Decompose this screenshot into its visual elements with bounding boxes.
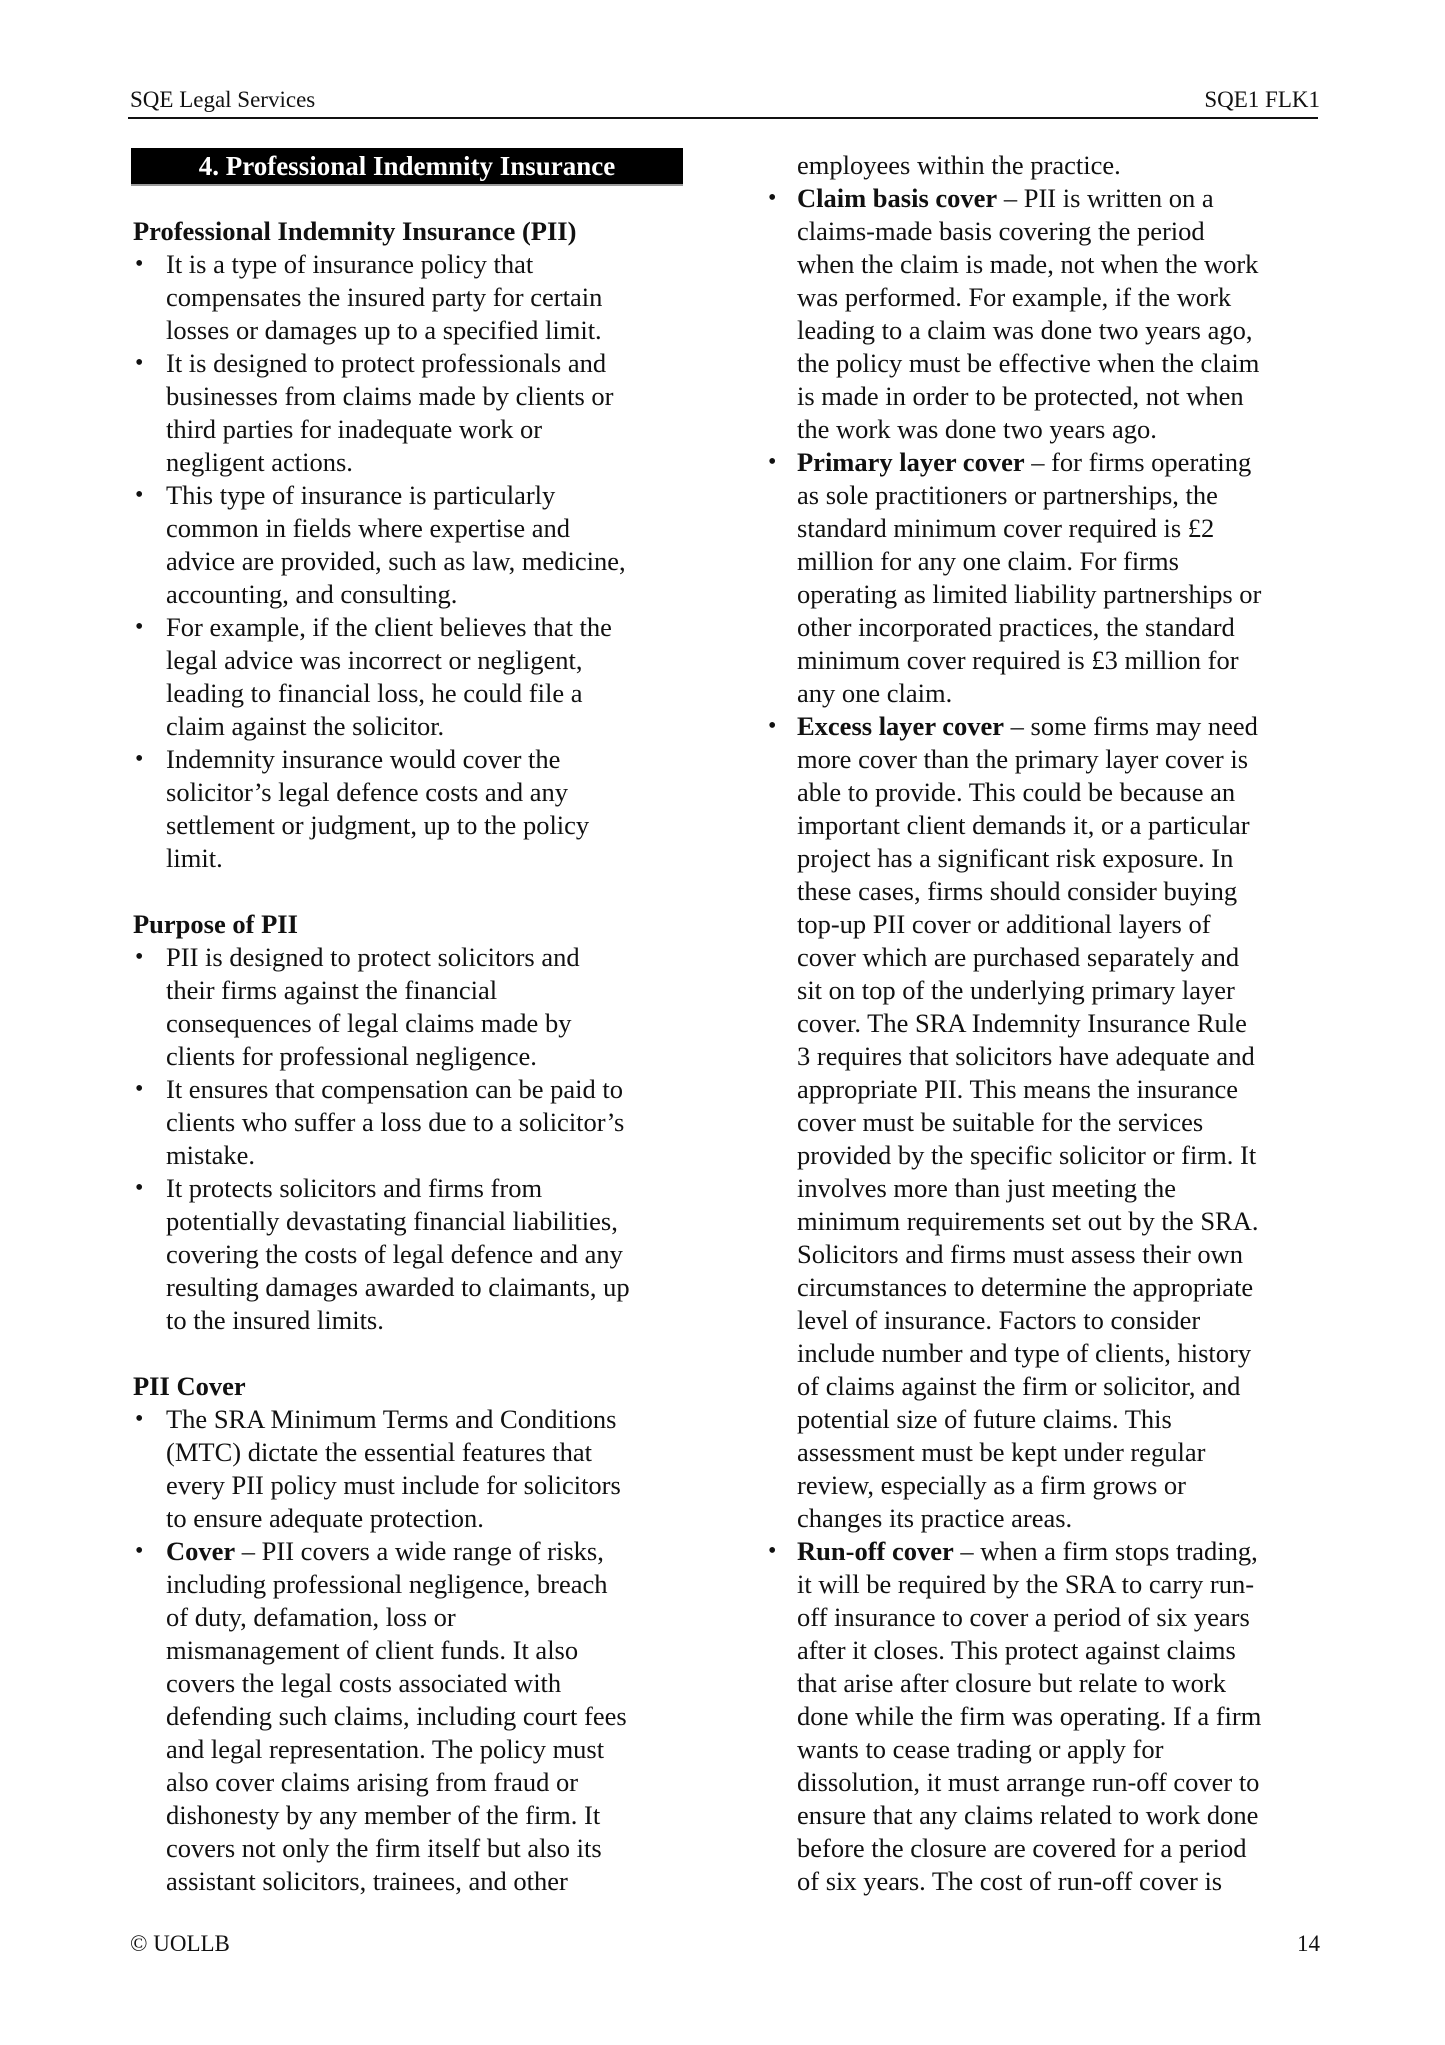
bullet-line: more cover than the primary layer cover …	[797, 743, 1328, 776]
bullet-line: claims-made basis covering the period	[797, 215, 1328, 248]
bullet-item: •Cover – PII covers a wide range of risk…	[133, 1535, 693, 1898]
bullet-line: these cases, firms should consider buyin…	[797, 875, 1328, 908]
bullet-line: This type of insurance is particularly	[166, 479, 693, 512]
bullet-icon: •	[135, 1172, 155, 1205]
bullet-line: minimum requirements set out by the SRA.	[797, 1205, 1328, 1238]
bullet-term: Run-off cover	[797, 1536, 954, 1566]
bullet-line: cover. The SRA Indemnity Insurance Rule	[797, 1007, 1328, 1040]
bullet-line: provided by the specific solicitor or fi…	[797, 1139, 1328, 1172]
section-purpose-bullets: •PII is designed to protect solicitors a…	[133, 941, 693, 1337]
bullet-icon: •	[135, 347, 155, 380]
bullet-line: done while the firm was operating. If a …	[797, 1700, 1328, 1733]
bullet-line: advice are provided, such as law, medici…	[166, 545, 693, 578]
bullet-line: mistake.	[166, 1139, 693, 1172]
bullet-text: – PII covers a wide range of risks,	[235, 1536, 604, 1566]
bullet-icon: •	[135, 743, 155, 776]
bullet-line: Excess layer cover – some firms may need	[797, 710, 1328, 743]
bullet-icon: •	[135, 1073, 155, 1106]
bullet-term: Cover	[166, 1536, 235, 1566]
bullet-icon: •	[135, 941, 155, 974]
bullet-line: the policy must be effective when the cl…	[797, 347, 1328, 380]
bullet-icon: •	[135, 479, 155, 512]
bullet-line: assistant solicitors, trainees, and othe…	[166, 1865, 693, 1898]
bullet-line: defending such claims, including court f…	[166, 1700, 693, 1733]
bullet-line: project has a significant risk exposure.…	[797, 842, 1328, 875]
bullet-term: Claim basis cover	[797, 183, 997, 213]
bullet-icon: •	[135, 1403, 155, 1436]
bullet-line: It ensures that compensation can be paid…	[166, 1073, 693, 1106]
bullet-icon: •	[768, 710, 788, 743]
bullet-line: (MTC) dictate the essential features tha…	[166, 1436, 693, 1469]
bullet-line: of six years. The cost of run-off cover …	[797, 1865, 1328, 1898]
bullet-line: important client demands it, or a partic…	[797, 809, 1328, 842]
bullet-line: able to provide. This could be because a…	[797, 776, 1328, 809]
bullet-line: common in fields where expertise and	[166, 512, 693, 545]
bullet-icon: •	[135, 611, 155, 644]
continued-text: employees within the practice.	[768, 149, 1328, 182]
bullet-line: Primary layer cover – for firms operatin…	[797, 446, 1328, 479]
bullet-line: wants to cease trading or apply for	[797, 1733, 1328, 1766]
bullet-line: potentially devastating financial liabil…	[166, 1205, 693, 1238]
bullet-item: •For example, if the client believes tha…	[133, 611, 693, 743]
bullet-line: million for any one claim. For firms	[797, 545, 1328, 578]
bullet-line: leading to a claim was done two years ag…	[797, 314, 1328, 347]
bullet-line: leading to financial loss, he could file…	[166, 677, 693, 710]
bullet-line: covering the costs of legal defence and …	[166, 1238, 693, 1271]
bullet-line: 3 requires that solicitors have adequate…	[797, 1040, 1328, 1073]
bullet-line: level of insurance. Factors to consider	[797, 1304, 1328, 1337]
bullet-line: minimum cover required is £3 million for	[797, 644, 1328, 677]
bullet-line: that arise after closure but relate to w…	[797, 1667, 1328, 1700]
bullet-item: •Claim basis cover – PII is written on a…	[768, 182, 1328, 446]
bullet-line: when the claim is made, not when the wor…	[797, 248, 1328, 281]
bullet-line: covers not only the firm itself but also…	[166, 1832, 693, 1865]
bullet-icon: •	[768, 1535, 788, 1568]
section-heading-pii-cover: PII Cover	[133, 1370, 693, 1403]
bullet-line: The SRA Minimum Terms and Conditions	[166, 1403, 693, 1436]
bullet-item: •The SRA Minimum Terms and Conditions(MT…	[133, 1403, 693, 1535]
bullet-line: For example, if the client believes that…	[166, 611, 693, 644]
header-rule	[128, 117, 1318, 119]
bullet-line: Solicitors and firms must assess their o…	[797, 1238, 1328, 1271]
section-heading-purpose: Purpose of PII	[133, 908, 693, 941]
bullet-text: – when a firm stops trading,	[954, 1536, 1258, 1566]
bullet-line: the work was done two years ago.	[797, 413, 1328, 446]
page-number: 14	[1297, 1928, 1320, 1960]
spacer	[133, 186, 693, 215]
bullet-line: sit on top of the underlying primary lay…	[797, 974, 1328, 1007]
bullet-icon: •	[768, 182, 788, 215]
bullet-line: circumstances to determine the appropria…	[797, 1271, 1328, 1304]
bullet-line: is made in order to be protected, not wh…	[797, 380, 1328, 413]
bullet-item: •Excess layer cover – some firms may nee…	[768, 710, 1328, 1535]
bullet-item: •It is a type of insurance policy thatco…	[133, 248, 693, 347]
bullet-item: •Primary layer cover – for firms operati…	[768, 446, 1328, 710]
bullet-line: standard minimum cover required is £2	[797, 512, 1328, 545]
bullet-line: potential size of future claims. This	[797, 1403, 1328, 1436]
bullet-line: changes its practice areas.	[797, 1502, 1328, 1535]
chapter-title-banner: 4. Professional Indemnity Insurance	[131, 148, 683, 186]
page-footer: © UOLLB 14	[130, 1928, 1320, 1960]
bullet-line: off insurance to cover a period of six y…	[797, 1601, 1328, 1634]
bullet-line: of claims against the firm or solicitor,…	[797, 1370, 1328, 1403]
bullet-icon: •	[135, 248, 155, 281]
bullet-line: Indemnity insurance would cover the	[166, 743, 693, 776]
bullet-line: to ensure adequate protection.	[166, 1502, 693, 1535]
bullet-line: losses or damages up to a specified limi…	[166, 314, 693, 347]
bullet-line: It protects solicitors and firms from	[166, 1172, 693, 1205]
bullet-line: compensates the insured party for certai…	[166, 281, 693, 314]
bullet-item: •Indemnity insurance would cover thesoli…	[133, 743, 693, 875]
bullet-line: Run-off cover – when a firm stops tradin…	[797, 1535, 1328, 1568]
bullet-line: negligent actions.	[166, 446, 693, 479]
bullet-item: •PII is designed to protect solicitors a…	[133, 941, 693, 1073]
bullet-icon: •	[135, 1535, 155, 1568]
bullet-item: •This type of insurance is particularlyc…	[133, 479, 693, 611]
running-header: SQE Legal Services SQE1 FLK1	[130, 84, 1320, 116]
section-heading-pii: Professional Indemnity Insurance (PII)	[133, 215, 693, 248]
bullet-line: claim against the solicitor.	[166, 710, 693, 743]
bullet-line: resulting damages awarded to claimants, …	[166, 1271, 693, 1304]
bullet-line: clients for professional negligence.	[166, 1040, 693, 1073]
bullet-line: It is designed to protect professionals …	[166, 347, 693, 380]
bullet-item: •It protects solicitors and firms frompo…	[133, 1172, 693, 1337]
right-column: employees within the practice. •Claim ba…	[768, 149, 1328, 1898]
right-column-bullets: •Claim basis cover – PII is written on a…	[768, 182, 1328, 1898]
bullet-line: dissolution, it must arrange run-off cov…	[797, 1766, 1328, 1799]
bullet-line: their firms against the financial	[166, 974, 693, 1007]
bullet-line: dishonesty by any member of the firm. It	[166, 1799, 693, 1832]
bullet-line: of duty, defamation, loss or	[166, 1601, 693, 1634]
bullet-line: covers the legal costs associated with	[166, 1667, 693, 1700]
document-page: SQE Legal Services SQE1 FLK1 4. Professi…	[0, 0, 1445, 2045]
bullet-line: accounting, and consulting.	[166, 578, 693, 611]
bullet-term: Excess layer cover	[797, 711, 1004, 741]
bullet-line: appropriate PII. This means the insuranc…	[797, 1073, 1328, 1106]
bullet-line: and legal representation. The policy mus…	[166, 1733, 693, 1766]
bullet-line: clients who suffer a loss due to a solic…	[166, 1106, 693, 1139]
bullet-line: cover must be suitable for the services	[797, 1106, 1328, 1139]
bullet-text: – some firms may need	[1004, 711, 1258, 741]
bullet-line: any one claim.	[797, 677, 1328, 710]
section-pii-bullets: •It is a type of insurance policy thatco…	[133, 248, 693, 875]
section-pii-cover-bullets: •The SRA Minimum Terms and Conditions(MT…	[133, 1403, 693, 1898]
bullet-line: third parties for inadequate work or	[166, 413, 693, 446]
bullet-line: review, especially as a firm grows or	[797, 1469, 1328, 1502]
bullet-line: mismanagement of client funds. It also	[166, 1634, 693, 1667]
bullet-line: operating as limited liability partnersh…	[797, 578, 1328, 611]
bullet-line: to the insured limits.	[166, 1304, 693, 1337]
spacer	[133, 875, 693, 908]
bullet-text: – for firms operating	[1025, 447, 1252, 477]
left-column: 4. Professional Indemnity Insurance Prof…	[133, 148, 693, 1898]
bullet-line: including professional negligence, breac…	[166, 1568, 693, 1601]
bullet-line: also cover claims arising from fraud or	[166, 1766, 693, 1799]
bullet-line: legal advice was incorrect or negligent,	[166, 644, 693, 677]
footer-copyright: © UOLLB	[130, 1928, 230, 1960]
bullet-line: as sole practitioners or partnerships, t…	[797, 479, 1328, 512]
bullet-line: cover which are purchased separately and	[797, 941, 1328, 974]
bullet-line: every PII policy must include for solici…	[166, 1469, 693, 1502]
bullet-line: solicitor’s legal defence costs and any	[166, 776, 693, 809]
bullet-item: •Run-off cover – when a firm stops tradi…	[768, 1535, 1328, 1898]
bullet-line: involves more than just meeting the	[797, 1172, 1328, 1205]
bullet-line: include number and type of clients, hist…	[797, 1337, 1328, 1370]
bullet-item: •It ensures that compensation can be pai…	[133, 1073, 693, 1172]
bullet-line: Claim basis cover – PII is written on a	[797, 182, 1328, 215]
bullet-line: Cover – PII covers a wide range of risks…	[166, 1535, 693, 1568]
bullet-line: after it closes. This protect against cl…	[797, 1634, 1328, 1667]
header-publisher: SQE Legal Services	[130, 84, 315, 116]
bullet-line: limit.	[166, 842, 693, 875]
bullet-line: consequences of legal claims made by	[166, 1007, 693, 1040]
bullet-line: It is a type of insurance policy that	[166, 248, 693, 281]
bullet-line: top-up PII cover or additional layers of	[797, 908, 1328, 941]
bullet-line: before the closure are covered for a per…	[797, 1832, 1328, 1865]
bullet-item: •It is designed to protect professionals…	[133, 347, 693, 479]
spacer	[133, 1337, 693, 1370]
bullet-text: – PII is written on a	[997, 183, 1213, 213]
bullet-line: businesses from claims made by clients o…	[166, 380, 693, 413]
bullet-line: assessment must be kept under regular	[797, 1436, 1328, 1469]
bullet-term: Primary layer cover	[797, 447, 1025, 477]
bullet-line: ensure that any claims related to work d…	[797, 1799, 1328, 1832]
bullet-line: PII is designed to protect solicitors an…	[166, 941, 693, 974]
bullet-line: it will be required by the SRA to carry …	[797, 1568, 1328, 1601]
bullet-icon: •	[768, 446, 788, 479]
header-module-code: SQE1 FLK1	[1204, 84, 1320, 116]
bullet-line: other incorporated practices, the standa…	[797, 611, 1328, 644]
bullet-line: settlement or judgment, up to the policy	[166, 809, 693, 842]
bullet-line: was performed. For example, if the work	[797, 281, 1328, 314]
